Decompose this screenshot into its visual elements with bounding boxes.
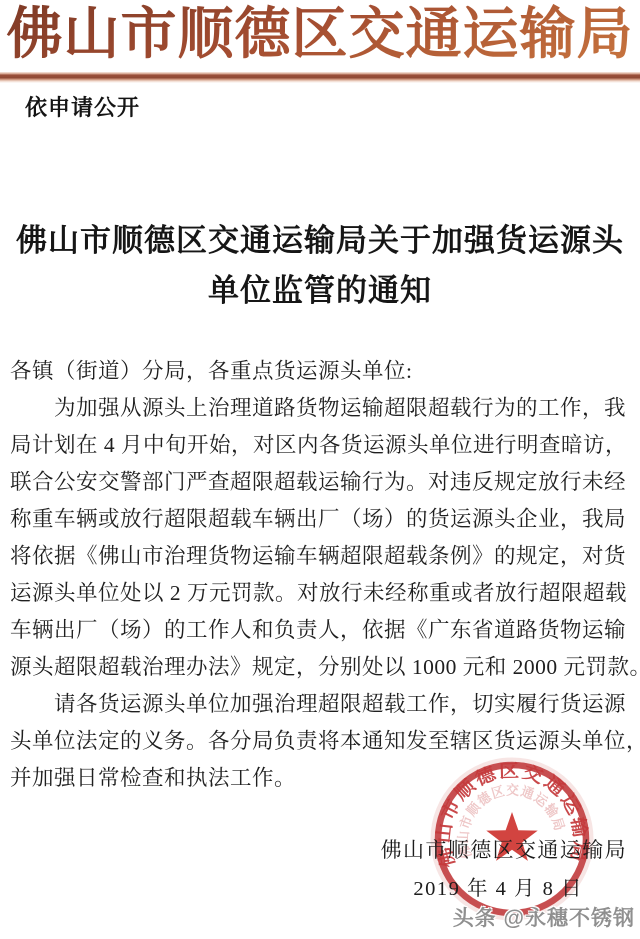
official-notice-page: 佛山市顺德区交通运输局 依申请公开 佛山市顺德区交通运输局关于加强货运源头 单位… [0,0,640,939]
document-body: 各镇（街道）分局，各重点货运源头单位: 为加强从源头上治理道路货物运输超限超载行… [10,353,625,797]
document-title: 佛山市顺德区交通运输局关于加强货运源头 单位监管的通知 [0,216,640,316]
toutiao-watermark: 头条 @永穗不锈钢 [453,902,635,932]
body-text-line: 车辆出厂（场）的工作人和负责人，依据《广东省道路货物运输 [10,612,625,649]
signature-date: 2019 年 4 月 8 日 [413,871,583,901]
body-text-line: 各镇（街道）分局，各重点货运源头单位: [10,353,625,390]
body-text-line: 联合公安交警部门严查超限超载运输行为。对违反规定放行未经 [10,464,625,501]
agency-masthead-title: 佛山市顺德区交通运输局 [0,2,640,68]
agency-masthead: 佛山市顺德区交通运输局 [0,2,640,68]
body-text-line: 为加强从源头上治理道路货物运输超限超载行为的工作，我 [10,390,625,427]
body-text-line: 请各货运源头单位加强治理超限超载工作，切实履行货运源 [10,686,625,723]
disclosure-type-label: 依申请公开 [25,91,140,122]
signature-agency: 佛山市顺德区交通运输局 [381,834,627,864]
body-text-line: 局计划在 4 月中旬开始，对区内各货运源头单位进行明查暗访， [10,427,625,464]
body-text-line: 运源头单位处以 2 万元罚款。对放行未经称重或者放行超限超载 [10,575,625,612]
body-text-line: 将依据《佛山市治理货物运输车辆超限超载条例》的规定，对货 [10,538,625,575]
masthead-divider-rule [0,72,640,83]
body-text-line: 称重车辆或放行超限超载车辆出厂（场）的货运源头企业，我局 [10,501,625,538]
body-text-line: 源头超限超载治理办法》规定，分别处以 1000 元和 2000 元罚款。 [10,649,625,686]
document-title-line1: 佛山市顺德区交通运输局关于加强货运源头 [0,216,640,266]
document-title-line2: 单位监管的通知 [0,266,640,316]
